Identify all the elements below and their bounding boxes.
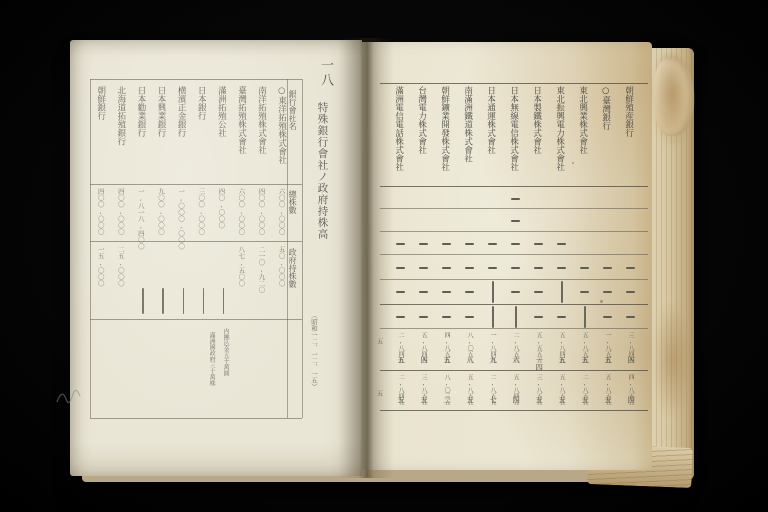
cell-value: 一四 <box>535 356 543 371</box>
company-name: 日本無線電信株式會社 <box>509 86 518 171</box>
gov-shares-none-bar <box>183 288 185 314</box>
margin-mark: 五 <box>376 338 383 345</box>
table-line <box>380 279 648 280</box>
total-shares-value: 四〇〇,〇〇〇 <box>97 188 104 235</box>
footnote-line-2: 滿洲國政府三十萬株 <box>208 332 214 386</box>
cell-dash-mark <box>488 243 497 245</box>
company-name: 朝鮮殖産銀行 <box>624 86 633 137</box>
table-line <box>90 79 302 80</box>
cell-dash-mark <box>603 291 612 293</box>
cell-dash-mark <box>419 243 428 245</box>
title-date-note: （昭和一二、一二、一五） <box>310 312 319 390</box>
total-shares-value: 六〇〇,〇〇〇 <box>278 188 285 235</box>
cell-dash-mark <box>557 316 566 318</box>
gov-shares-none-bar <box>223 288 225 314</box>
gov-shares-value: 一五,〇〇〇 <box>97 246 104 287</box>
cell-value: 九 <box>489 356 497 364</box>
gov-shares-none-bar <box>162 288 164 314</box>
table-line <box>90 319 302 320</box>
table-line <box>380 370 648 371</box>
cell-dash-mark <box>603 267 612 269</box>
company-name: 南洋拓殖株式會社 <box>257 86 266 154</box>
section-number: 一八 <box>316 58 335 88</box>
table-line <box>90 418 302 419</box>
cell-dash-mark <box>534 291 543 293</box>
cell-value: 八 <box>466 356 474 364</box>
gov-shares-value: 五〇,〇〇〇 <box>278 246 285 287</box>
company-name: ○東洋拓殖株式會社 <box>277 86 286 164</box>
cell-dash-mark <box>511 220 520 222</box>
cell-value: 五 <box>420 396 428 404</box>
cell-dash-mark <box>396 316 405 318</box>
cell-value: 五 <box>604 356 612 364</box>
cell-value: 五 <box>604 396 612 404</box>
company-name: 朝鮮鑛業開發株式會社 <box>440 86 449 171</box>
company-name: 日本銀行 <box>197 86 206 120</box>
table-line <box>380 186 648 187</box>
total-shares-value: 九〇〇,〇〇〇 <box>157 188 164 235</box>
company-name: 台灣電力株式會社 <box>417 86 426 154</box>
cell-value: 五 <box>558 356 566 364</box>
row-header-company-name: 銀行會社名 <box>288 90 296 130</box>
cell-dash-mark <box>396 291 405 293</box>
cell-dash-mark <box>534 243 543 245</box>
cell-dash-mark <box>511 243 520 245</box>
cell-dash-mark <box>626 267 635 269</box>
company-name: 日本通運株式會社 <box>486 86 495 154</box>
cell-bar-mark <box>492 306 494 328</box>
table-line <box>380 83 648 84</box>
cell-value: 五 <box>397 396 405 404</box>
cell-value: 五 <box>443 356 451 364</box>
cell-value: 五 <box>558 396 566 404</box>
stain-mid-right <box>652 300 692 420</box>
right-page: 五 五 朝鮮殖産銀行○臺灣銀行東北興業株式會社東北振興電力株式會社日本製鐵株式會… <box>362 42 652 470</box>
row-header-gov-shares: 政府持株數 <box>288 248 296 288</box>
cell-value: 五 <box>581 396 589 404</box>
cell-value: 二 <box>443 396 451 404</box>
footnote-line-1: 内拂込金五千萬圓 <box>222 328 228 376</box>
table-line <box>302 79 303 418</box>
margin-mark: 五 <box>376 390 383 397</box>
total-shares-value: 一,〇〇〇,〇〇〇 <box>178 188 185 250</box>
cell-dash-mark <box>534 316 543 318</box>
cell-value: 四 <box>512 396 520 404</box>
table-line <box>90 79 91 418</box>
cell-bar-mark <box>561 281 563 303</box>
cell-value: 七 <box>489 396 497 404</box>
cell-dash-mark <box>442 243 451 245</box>
company-name: 滿洲電信電話株式會社 <box>394 86 403 171</box>
pencil-scribble-icon <box>54 382 84 410</box>
total-shares-value: 六〇〇,〇〇〇 <box>238 188 245 235</box>
cell-dash-mark <box>580 267 589 269</box>
cell-dash-mark <box>511 198 520 200</box>
gov-shares-value: 八七,五〇〇 <box>238 246 245 287</box>
paper-speck <box>600 300 603 303</box>
cell-bar-mark <box>515 306 517 328</box>
table-line <box>90 184 302 185</box>
gov-shares-none-bar <box>203 288 205 314</box>
total-shares-value: 四〇〇,〇〇〇 <box>258 188 265 235</box>
cell-dash-mark <box>580 291 589 293</box>
cell-bar-mark <box>492 281 494 303</box>
cell-dash-mark <box>442 267 451 269</box>
total-shares-value: 三〇〇,〇〇〇 <box>198 188 205 235</box>
cell-value: 五 <box>535 396 543 404</box>
stain-top-right <box>650 54 694 150</box>
cell-value: 四 <box>627 356 635 364</box>
cell-dash-mark <box>557 267 566 269</box>
cell-value: 五 <box>397 356 405 364</box>
company-name: 滿洲拓殖公社 <box>217 86 226 137</box>
cell-dash-mark <box>626 316 635 318</box>
company-name: 日本興業銀行 <box>156 86 165 137</box>
cell-dash-mark <box>442 291 451 293</box>
total-shares-value: 四〇〇,〇〇〇 <box>117 188 124 235</box>
cell-value: 五 <box>466 396 474 404</box>
page-title: 特殊銀行會社ノ政府持株高 <box>317 102 328 240</box>
cell-dash-mark <box>465 243 474 245</box>
company-name: 南滿洲鐵道株式會社 <box>463 86 472 163</box>
company-name: 臺灣拓殖株式會社 <box>237 86 246 154</box>
cell-value: 四 <box>420 356 428 364</box>
cell-dash-mark <box>511 267 520 269</box>
row-header-total-shares: 總株數 <box>288 190 296 214</box>
table-line <box>380 328 648 329</box>
cell-dash-mark <box>603 316 612 318</box>
gov-shares-value: 二五,〇〇〇 <box>117 246 124 287</box>
cell-dash-mark <box>534 267 543 269</box>
total-shares-value: 一,八一八,四〇〇 <box>137 188 144 250</box>
cell-dash-mark <box>419 267 428 269</box>
gov-shares-none-bar <box>142 288 144 314</box>
cell-bar-mark <box>584 306 586 328</box>
company-name: 北海道拓殖銀行 <box>116 86 125 146</box>
cell-dash-mark <box>419 316 428 318</box>
cell-dash-mark <box>557 243 566 245</box>
cell-dash-mark <box>626 291 635 293</box>
table-line <box>90 241 302 242</box>
table-line <box>380 410 648 411</box>
total-shares-value: 四〇,〇〇〇 <box>218 188 225 229</box>
company-name: ○臺灣銀行 <box>601 86 610 130</box>
paper-speck <box>572 162 574 164</box>
company-name: 東北振興電力株式會社 <box>555 86 564 171</box>
cell-dash-mark <box>419 291 428 293</box>
left-page: 銀行會社名 總株數 政府持株數 一八 特殊銀行會社ノ政府持株高 （昭和一二、一二… <box>70 40 362 476</box>
cell-dash-mark <box>465 316 474 318</box>
table-line <box>380 304 648 305</box>
cell-value: 四 <box>627 396 635 404</box>
cell-dash-mark <box>396 243 405 245</box>
company-name: 東北興業株式會社 <box>578 86 587 154</box>
photo-background: 銀行會社名 總株數 政府持株數 一八 特殊銀行會社ノ政府持株高 （昭和一二、一二… <box>0 0 768 512</box>
company-name: 横濱正金銀行 <box>177 86 186 137</box>
cell-dash-mark <box>396 267 405 269</box>
table-line <box>380 231 648 232</box>
company-name: 朝鮮銀行 <box>96 86 105 120</box>
gov-shares-value: 二一〇,九二〇 <box>258 246 265 293</box>
cell-dash-mark <box>465 291 474 293</box>
cell-dash-mark <box>442 316 451 318</box>
table-line <box>380 208 648 209</box>
table-line <box>380 254 648 255</box>
cell-value: 六 <box>512 356 520 364</box>
cell-dash-mark <box>511 291 520 293</box>
cell-dash-mark <box>465 267 474 269</box>
cell-value: 五 <box>581 356 589 364</box>
company-name: 日本製鐵株式會社 <box>532 86 541 154</box>
cell-dash-mark <box>488 267 497 269</box>
company-name: 日本勸業銀行 <box>136 86 145 137</box>
